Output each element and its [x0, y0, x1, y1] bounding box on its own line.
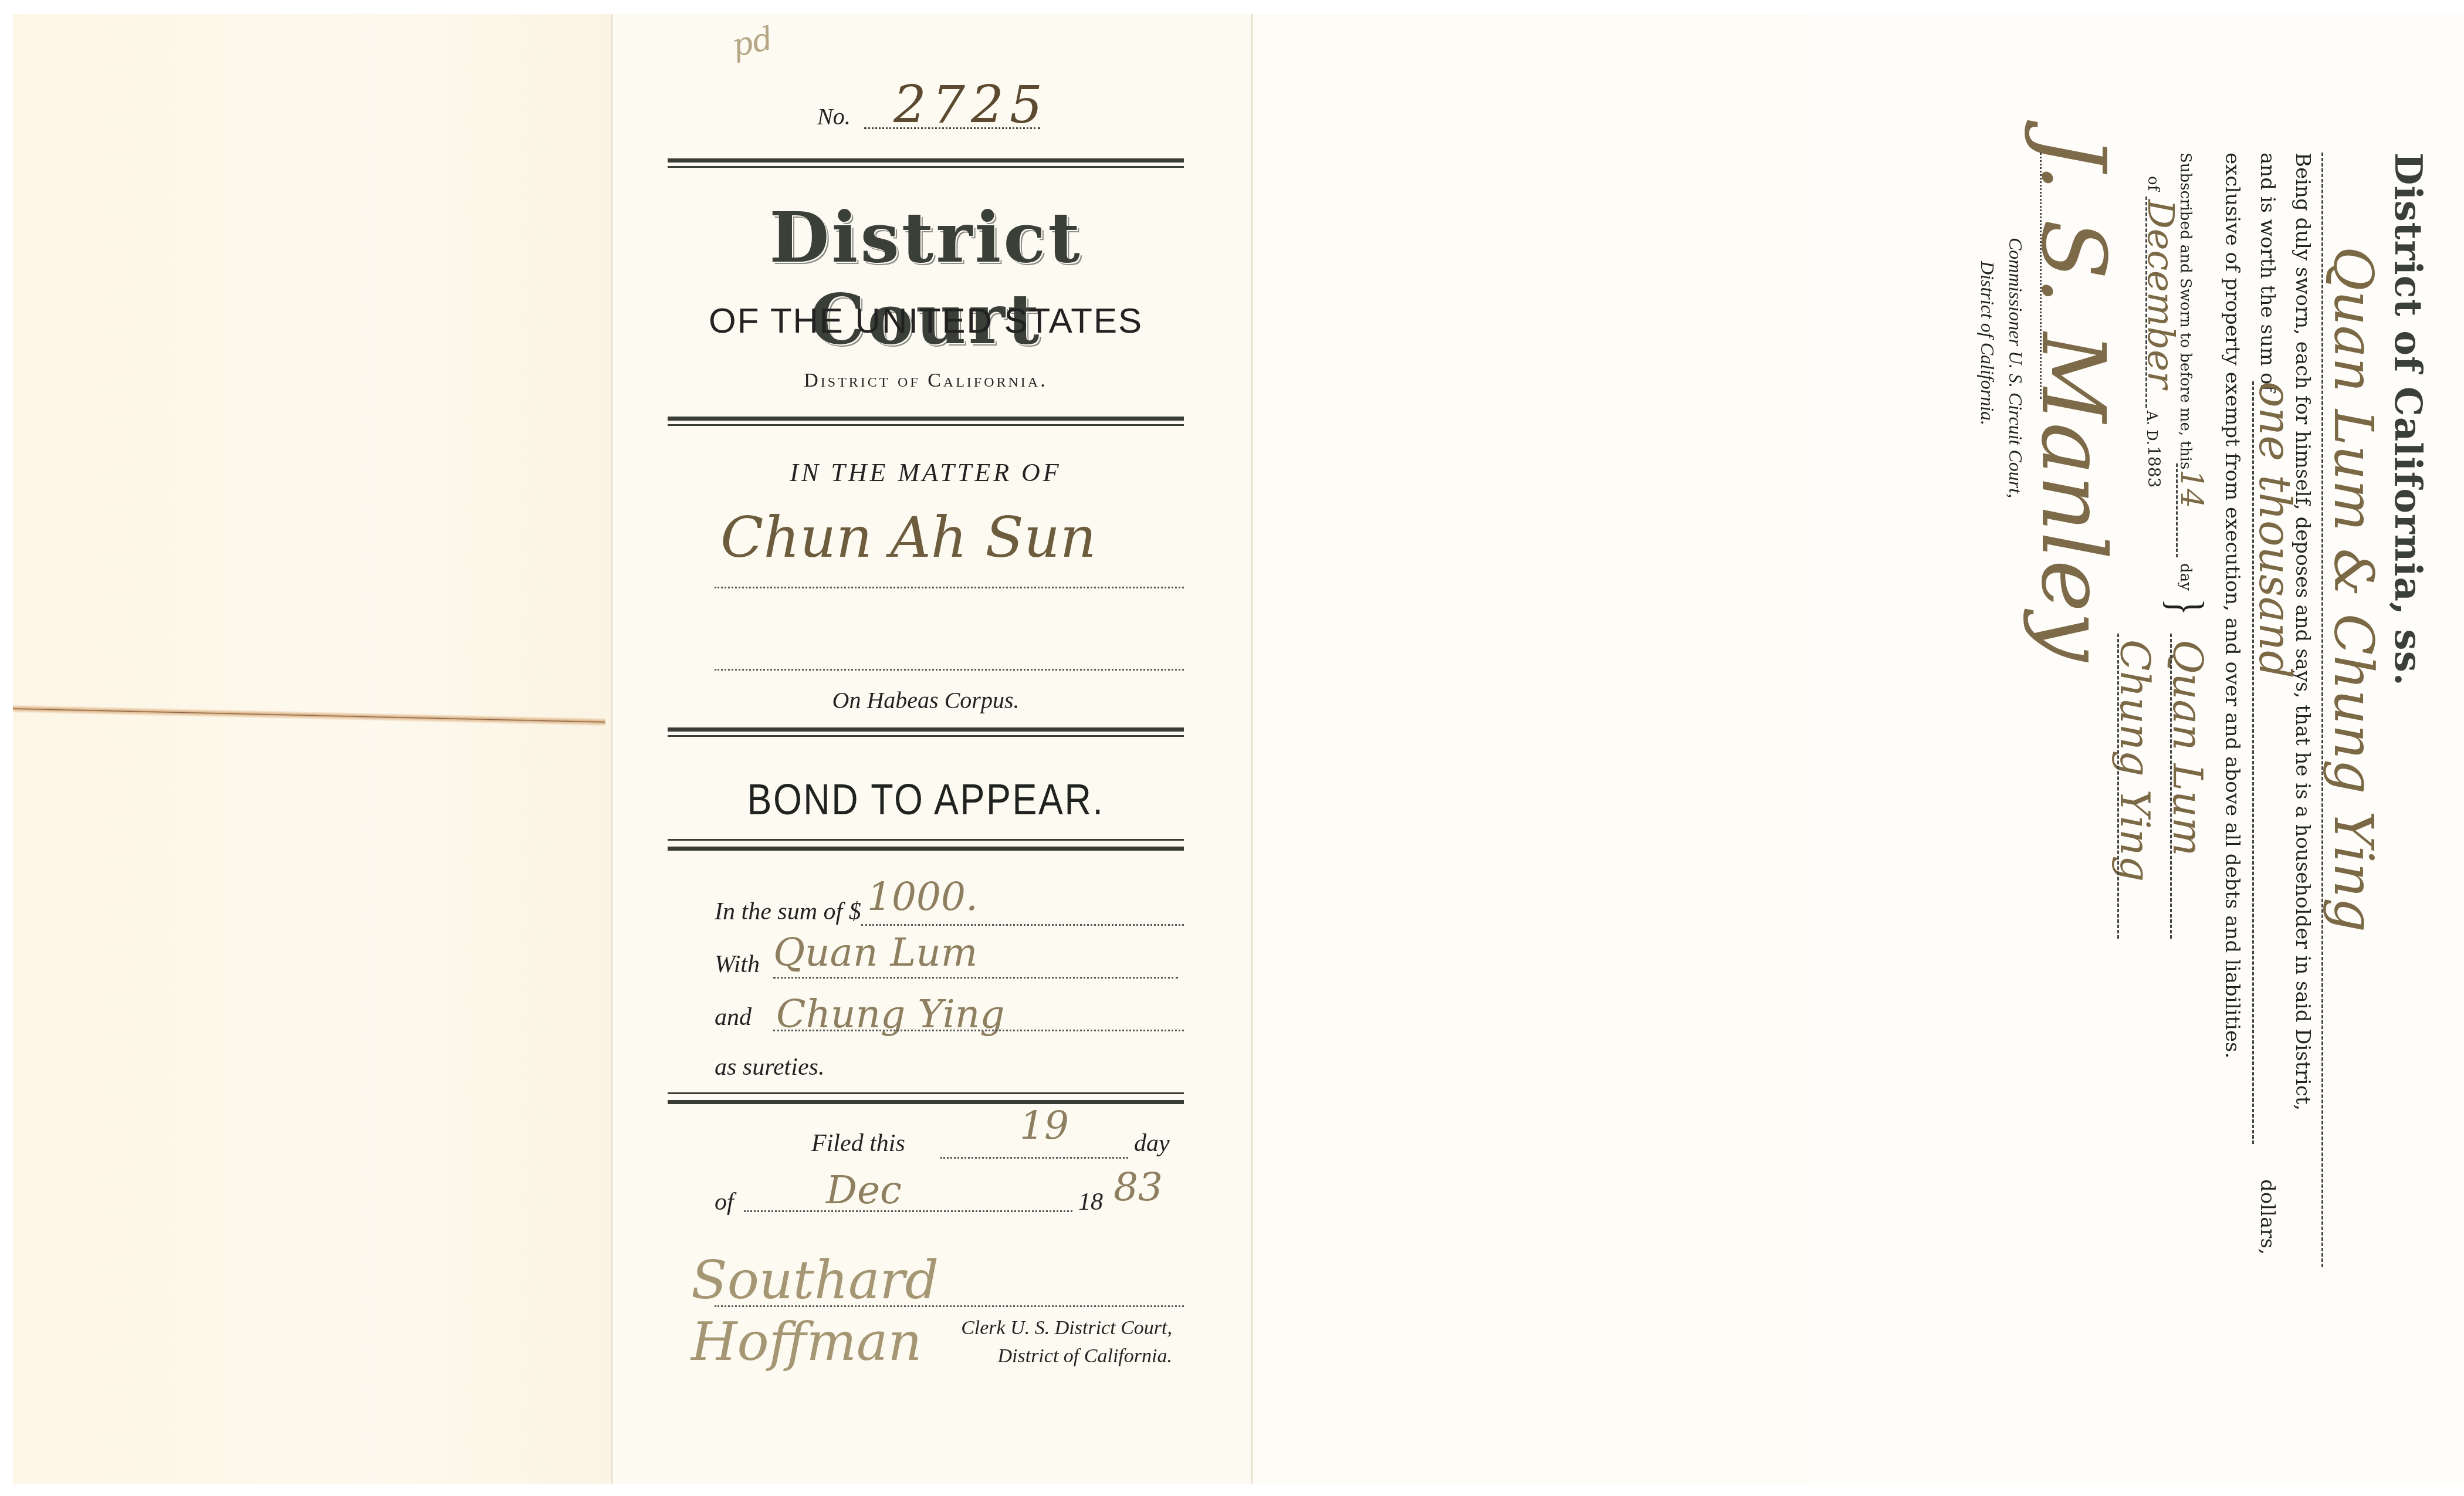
- affidavit-line-3: exclusive of property exempt from execut…: [2221, 153, 2244, 1058]
- sworn-month-line: [2145, 197, 2147, 408]
- commissioner-title: Commissioner U. S. Circuit Court, Distri…: [1974, 238, 2030, 498]
- of-label: of: [2144, 176, 2162, 191]
- sum-line: [861, 924, 1184, 926]
- filed-month: Dec: [826, 1167, 902, 1213]
- court-subtitle: OF THE UNITED STATES: [668, 300, 1184, 341]
- petitioner-line-2: [715, 669, 1184, 671]
- surety-2-line: [773, 1030, 1184, 1031]
- blank-left-panel: [13, 14, 611, 1484]
- commissioner-title-line-2: District of California.: [1974, 238, 2002, 498]
- matter-heading: IN THE MATTER OF: [668, 458, 1184, 488]
- petitioner-line: [715, 587, 1184, 588]
- affiant-signature-2-line: [2117, 634, 2119, 939]
- sworn-day: 14: [2174, 469, 2209, 508]
- ad-label: A. D.: [2144, 411, 2160, 445]
- surety-1-name: Quan Lum: [773, 930, 977, 975]
- day-label: day: [2177, 563, 2194, 591]
- case-number-label: No.: [817, 103, 851, 130]
- worth-value: one thousand: [2249, 381, 2300, 678]
- year-suffix: 83: [1113, 1165, 1163, 1210]
- brace: }: [2157, 598, 2214, 615]
- filed-day: 19: [1020, 1103, 1069, 1148]
- sum-value: 1000.: [867, 874, 978, 919]
- case-number-row: No. 2725: [817, 88, 1040, 135]
- rule-divider: [668, 1092, 1184, 1104]
- commissioner-signature: J. S. Manley: [2022, 135, 2124, 662]
- affidavit-heading: District of California, ss.: [2386, 153, 2430, 686]
- rule-divider: [668, 158, 1184, 170]
- affiants-names: Quan Lum & Chung Ying: [2322, 246, 2385, 932]
- proceeding-type: On Habeas Corpus.: [668, 686, 1184, 714]
- affidavit-line-2-suffix: dollars,: [2256, 1179, 2279, 1255]
- rust-fold-stain: [13, 705, 605, 726]
- day-label: day: [1134, 1129, 1170, 1157]
- commissioner-signature-line: [2040, 153, 2042, 399]
- rule-divider: [668, 417, 1184, 428]
- blank-middle-panel: [1251, 14, 1810, 1484]
- year-prefix: 18: [1078, 1188, 1103, 1216]
- filed-day-line: [940, 1157, 1128, 1159]
- sureties-label: as sureties.: [715, 1053, 824, 1081]
- sum-label: In the sum of $: [715, 898, 861, 926]
- of-label: of: [715, 1188, 734, 1216]
- of-the-text: OF THE: [709, 301, 844, 340]
- case-number-value: 2725: [893, 75, 1048, 135]
- clerk-title: Clerk U. S. District Court, District of …: [961, 1314, 1172, 1370]
- affiant-signature-1-line: [2170, 634, 2172, 939]
- sworn-year: 1883: [2144, 446, 2164, 488]
- petitioner-name: Chun Ah Sun: [720, 505, 1096, 570]
- affiants-line: [2321, 153, 2323, 1267]
- sworn-day-line: [2176, 463, 2178, 557]
- surety-1-line: [773, 977, 1178, 979]
- commissioner-title-line-1: Commissioner U. S. Circuit Court,: [2002, 238, 2030, 498]
- rule-divider: [668, 839, 1184, 851]
- filed-month-line: [744, 1210, 1072, 1212]
- clerk-signature-line: [715, 1305, 1184, 1307]
- clerk-title-line-2: District of California.: [961, 1342, 1172, 1370]
- clerk-title-line-1: Clerk U. S. District Court,: [961, 1314, 1172, 1342]
- affidavit: District of California, ss. Quan Lum & C…: [1783, 135, 2441, 1338]
- filed-label: Filed this: [811, 1129, 905, 1157]
- rule-divider: [668, 727, 1184, 739]
- united-states-text: UNITED STATES: [855, 301, 1143, 340]
- district-label: District of California.: [668, 370, 1184, 392]
- with-label: With: [715, 950, 760, 979]
- worth-line: [2252, 381, 2254, 1144]
- affidavit-line-2-prefix: and is worth the sum of: [2256, 153, 2279, 392]
- bond-title: BOND TO APPEAR.: [706, 774, 1145, 824]
- and-label: and: [715, 1003, 752, 1031]
